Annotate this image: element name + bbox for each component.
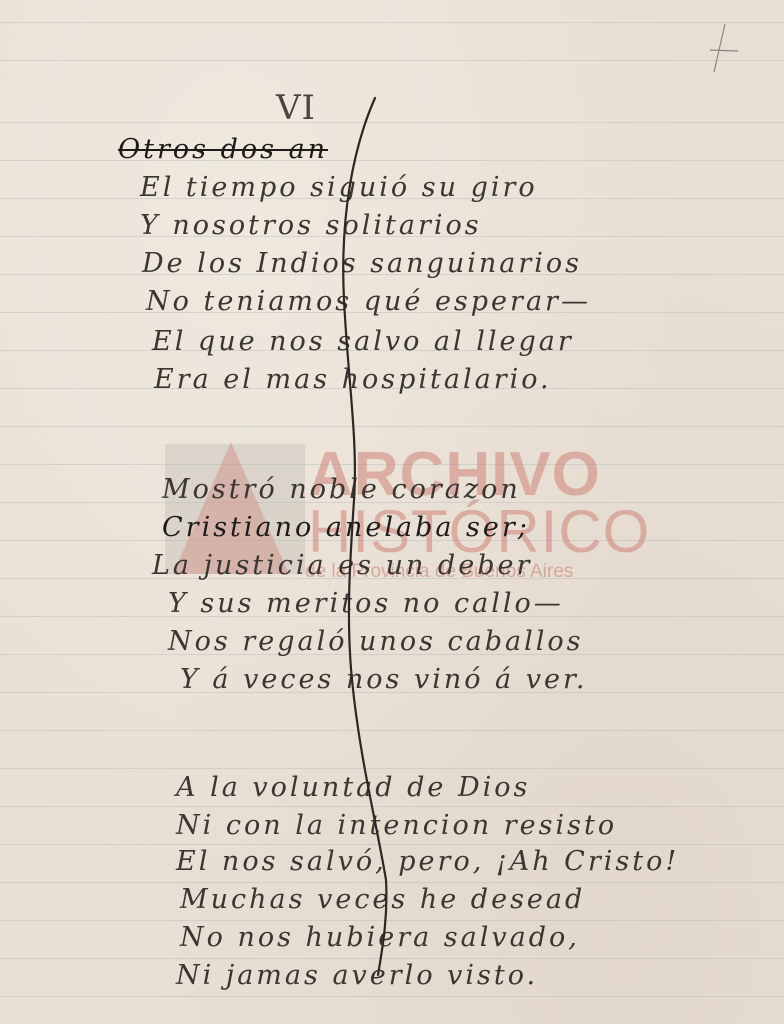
rule-line <box>0 22 784 23</box>
verse-line: La justicia es un deber <box>152 550 532 581</box>
rule-line <box>0 122 784 123</box>
rule-line <box>0 806 784 807</box>
verse-line: A la voluntad de Dios <box>176 772 530 803</box>
rule-line <box>0 60 784 61</box>
section-numeral: VI <box>276 88 316 128</box>
verse-line: El nos salvó, pero, ¡Ah Cristo! <box>176 846 679 877</box>
rule-line <box>0 996 784 997</box>
verse-line: El que nos salvo al llegar <box>152 326 574 357</box>
verse-line: No teniamos qué esperar— <box>146 286 591 317</box>
verse-line: Cristiano anelaba ser; <box>162 512 530 543</box>
rule-line <box>0 844 784 845</box>
verse-line: Nos regaló unos caballos <box>168 626 584 657</box>
verse-line: El tiempo siguió su giro <box>140 172 538 203</box>
verse-line: Era el mas hospitalario. <box>154 364 552 395</box>
rule-line <box>0 958 784 959</box>
verse-line: Ni con la intencion resisto <box>176 810 617 841</box>
verse-line: Mostró noble corazon <box>162 474 521 505</box>
verse-line: De los Indios sanguinarios <box>142 248 582 279</box>
rule-line <box>0 426 784 427</box>
rule-line <box>0 768 784 769</box>
verse-line: Y nosotros solitarios <box>140 210 482 241</box>
verse-line: Y sus meritos no callo— <box>168 588 564 619</box>
rule-line <box>0 882 784 883</box>
verse-line: Muchas veces he desead <box>180 884 585 915</box>
struck-line: Otros dos an <box>118 134 328 165</box>
rule-line <box>0 730 784 731</box>
verse-line: Y á veces nos vinó á ver. <box>180 664 588 695</box>
rule-line <box>0 920 784 921</box>
rule-line <box>0 464 784 465</box>
manuscript-page: ARCHIVO HISTÓRICO de la Provincia de Bue… <box>0 0 784 1024</box>
verse-line: No nos hubiera salvado, <box>180 922 580 953</box>
verse-line: Ni jamas averlo visto. <box>176 960 538 991</box>
